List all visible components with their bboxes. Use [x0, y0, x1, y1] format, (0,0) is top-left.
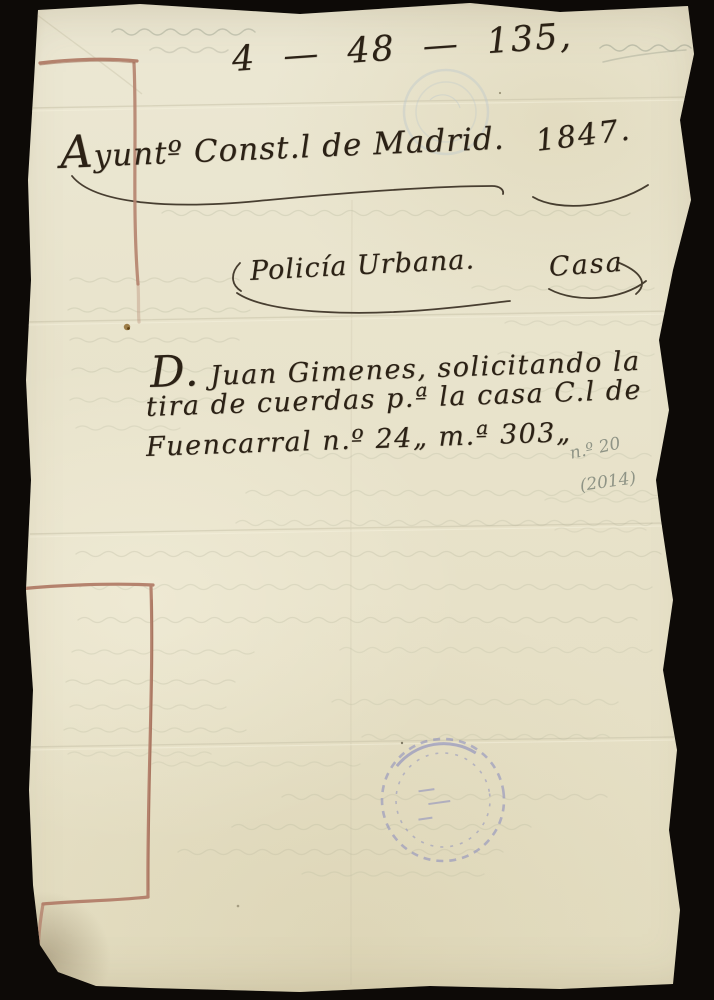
ghost-text-line	[545, 498, 662, 502]
ghost-text-line	[70, 278, 239, 282]
ghost-text-line	[178, 850, 503, 855]
manuscript-page: 4 — 48 — 135, Ayuntº Const.l de Madrid. …	[0, 0, 714, 1000]
bleedthrough-text	[64, 211, 662, 877]
category-label: Casa	[548, 247, 625, 283]
ghost-text-line	[70, 705, 226, 709]
ghost-text-line	[68, 752, 211, 756]
pencil-scribble-line	[150, 48, 228, 53]
ghost-text-line	[162, 211, 630, 216]
ink-stamp	[374, 731, 512, 869]
pencil-scribble-line	[112, 29, 255, 35]
ghost-text-line	[505, 321, 661, 325]
ghost-text-line	[340, 648, 652, 653]
ghost-text-line	[64, 728, 246, 732]
ghost-text-line	[68, 308, 250, 312]
ghost-text-line	[236, 521, 652, 526]
ghost-text-line	[332, 700, 618, 705]
ghost-text-line	[80, 585, 652, 590]
paper-spots	[124, 92, 501, 907]
ghost-text-line	[76, 552, 661, 557]
ghost-text-line	[232, 825, 531, 830]
ghost-text-line	[555, 528, 646, 532]
scan-background: 4 — 48 — 135, Ayuntº Const.l de Madrid. …	[0, 0, 714, 1000]
ghost-text-line	[78, 618, 637, 623]
ghost-text-line	[152, 762, 360, 766]
ghost-text-line	[76, 426, 180, 430]
binding-thread	[15, 59, 153, 967]
ghost-text-line	[472, 286, 654, 290]
ghost-text-line	[302, 872, 484, 876]
ghost-text-line	[72, 650, 254, 654]
ghost-text-line	[282, 795, 607, 800]
ink-flourishes	[72, 176, 648, 313]
ghost-text-line	[70, 338, 239, 342]
